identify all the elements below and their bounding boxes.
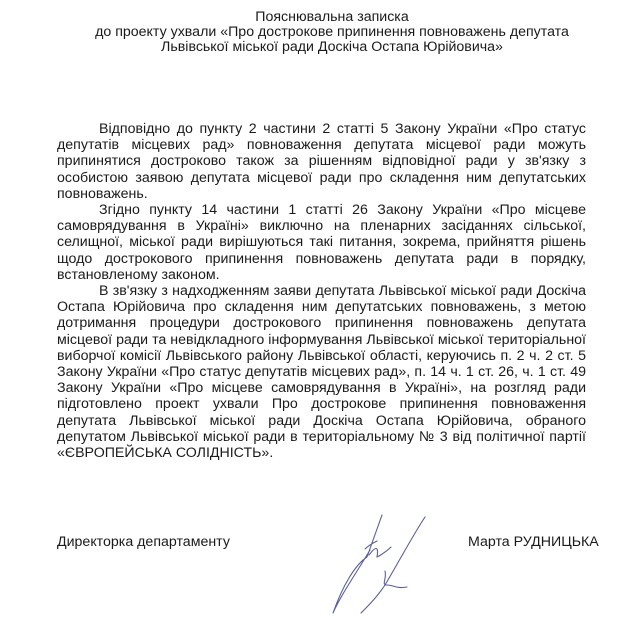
paragraph-3: В зв'язку з надходженням заяви депутата … [57, 283, 586, 461]
document-subtitle-line2: Львівської міської ради Доскіча Остапа Ю… [12, 40, 640, 55]
handwritten-signature-icon [325, 505, 440, 617]
signatory-name: Марта РУДНИЦЬКА [468, 534, 599, 550]
signatory-role: Директорка департаменту [57, 534, 230, 550]
document-title: Пояснювальна записка [12, 10, 640, 25]
paragraph-1: Відповідно до пункту 2 частини 2 статті … [57, 121, 586, 202]
paragraph-2: Згідно пункту 14 частини 1 статті 26 Зак… [57, 202, 586, 283]
document-subtitle-line1: до проекту ухвали «Про дострокове припин… [12, 25, 640, 40]
document-body: Відповідно до пункту 2 частини 2 статті … [57, 121, 586, 461]
